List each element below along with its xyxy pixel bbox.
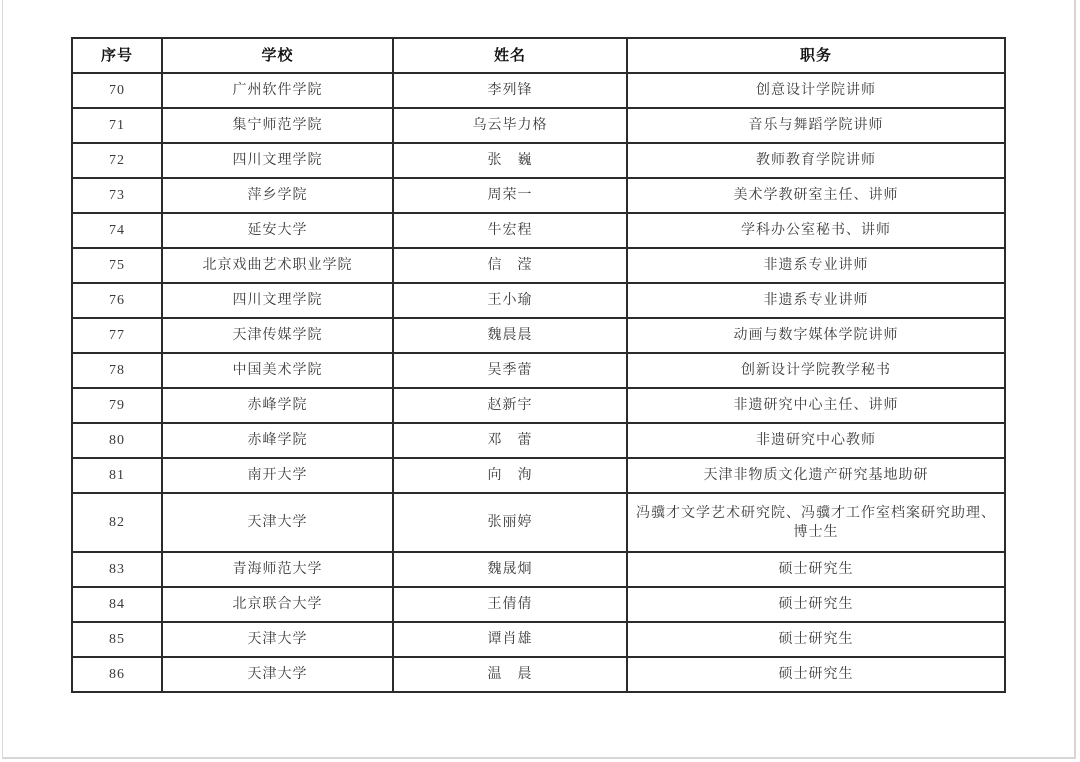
cell-number: 71 bbox=[72, 108, 162, 143]
table-row: 76 四川文理学院 王小瑜 非遗系专业讲师 bbox=[72, 283, 1005, 318]
cell-name: 邓 蕾 bbox=[393, 423, 627, 458]
cell-role: 非遗系专业讲师 bbox=[627, 248, 1005, 283]
cell-school: 北京戏曲艺术职业学院 bbox=[162, 248, 393, 283]
table-row: 72 四川文理学院 张 巍 教师教育学院讲师 bbox=[72, 143, 1005, 178]
cell-name: 温 晨 bbox=[393, 657, 627, 692]
cell-school: 四川文理学院 bbox=[162, 283, 393, 318]
cell-school: 中国美术学院 bbox=[162, 353, 393, 388]
cell-number: 73 bbox=[72, 178, 162, 213]
cell-role: 天津非物质文化遗产研究基地助研 bbox=[627, 458, 1005, 493]
table-row: 74 延安大学 牛宏程 学科办公室秘书、讲师 bbox=[72, 213, 1005, 248]
table-row: 85 天津大学 谭肖雄 硕士研究生 bbox=[72, 622, 1005, 657]
table-row: 80 赤峰学院 邓 蕾 非遗研究中心教师 bbox=[72, 423, 1005, 458]
cell-role: 非遗系专业讲师 bbox=[627, 283, 1005, 318]
cell-name: 乌云毕力格 bbox=[393, 108, 627, 143]
cell-school: 萍乡学院 bbox=[162, 178, 393, 213]
cell-number: 84 bbox=[72, 587, 162, 622]
cell-school: 青海师范大学 bbox=[162, 552, 393, 587]
cell-role: 非遗研究中心主任、讲师 bbox=[627, 388, 1005, 423]
cell-number: 72 bbox=[72, 143, 162, 178]
table-row: 70 广州软件学院 李列锋 创意设计学院讲师 bbox=[72, 73, 1005, 108]
cell-name: 牛宏程 bbox=[393, 213, 627, 248]
cell-school: 天津大学 bbox=[162, 657, 393, 692]
cell-school: 集宁师范学院 bbox=[162, 108, 393, 143]
cell-name: 赵新宇 bbox=[393, 388, 627, 423]
cell-name: 周荣一 bbox=[393, 178, 627, 213]
cell-school: 南开大学 bbox=[162, 458, 393, 493]
cell-number: 85 bbox=[72, 622, 162, 657]
cell-role: 教师教育学院讲师 bbox=[627, 143, 1005, 178]
roster-table: 序号 学校 姓名 职务 70 广州软件学院 李列锋 创意设计学院讲师 71 集宁… bbox=[71, 37, 1006, 693]
cell-role: 硕士研究生 bbox=[627, 552, 1005, 587]
cell-role: 美术学教研室主任、讲师 bbox=[627, 178, 1005, 213]
cell-school: 天津传媒学院 bbox=[162, 318, 393, 353]
cell-role: 创意设计学院讲师 bbox=[627, 73, 1005, 108]
table-row: 73 萍乡学院 周荣一 美术学教研室主任、讲师 bbox=[72, 178, 1005, 213]
cell-name: 张 巍 bbox=[393, 143, 627, 178]
cell-name: 向 洵 bbox=[393, 458, 627, 493]
table-row: 83 青海师范大学 魏晟炯 硕士研究生 bbox=[72, 552, 1005, 587]
table-row: 71 集宁师范学院 乌云毕力格 音乐与舞蹈学院讲师 bbox=[72, 108, 1005, 143]
cell-number: 82 bbox=[72, 493, 162, 552]
cell-school: 延安大学 bbox=[162, 213, 393, 248]
cell-role: 冯骥才文学艺术研究院、冯骥才工作室档案研究助理、博士生 bbox=[627, 493, 1005, 552]
cell-role: 硕士研究生 bbox=[627, 587, 1005, 622]
table-row: 79 赤峰学院 赵新宇 非遗研究中心主任、讲师 bbox=[72, 388, 1005, 423]
table-row: 84 北京联合大学 王倩倩 硕士研究生 bbox=[72, 587, 1005, 622]
cell-school: 天津大学 bbox=[162, 493, 393, 552]
document-page: 序号 学校 姓名 职务 70 广州软件学院 李列锋 创意设计学院讲师 71 集宁… bbox=[2, 0, 1076, 759]
cell-role: 创新设计学院教学秘书 bbox=[627, 353, 1005, 388]
table-header-row: 序号 学校 姓名 职务 bbox=[72, 38, 1005, 73]
cell-role: 硕士研究生 bbox=[627, 657, 1005, 692]
cell-role: 动画与数字媒体学院讲师 bbox=[627, 318, 1005, 353]
cell-name: 王倩倩 bbox=[393, 587, 627, 622]
cell-school: 北京联合大学 bbox=[162, 587, 393, 622]
table-row: 82 天津大学 张丽婷 冯骥才文学艺术研究院、冯骥才工作室档案研究助理、博士生 bbox=[72, 493, 1005, 552]
header-name: 姓名 bbox=[393, 38, 627, 73]
cell-school: 天津大学 bbox=[162, 622, 393, 657]
cell-number: 78 bbox=[72, 353, 162, 388]
header-role: 职务 bbox=[627, 38, 1005, 73]
table-row: 86 天津大学 温 晨 硕士研究生 bbox=[72, 657, 1005, 692]
cell-role: 音乐与舞蹈学院讲师 bbox=[627, 108, 1005, 143]
cell-role: 非遗研究中心教师 bbox=[627, 423, 1005, 458]
cell-school: 广州软件学院 bbox=[162, 73, 393, 108]
cell-number: 86 bbox=[72, 657, 162, 692]
cell-role: 硕士研究生 bbox=[627, 622, 1005, 657]
header-school: 学校 bbox=[162, 38, 393, 73]
cell-name: 谭肖雄 bbox=[393, 622, 627, 657]
table-row: 75 北京戏曲艺术职业学院 信 滢 非遗系专业讲师 bbox=[72, 248, 1005, 283]
cell-name: 魏晨晨 bbox=[393, 318, 627, 353]
cell-number: 70 bbox=[72, 73, 162, 108]
cell-number: 76 bbox=[72, 283, 162, 318]
cell-number: 79 bbox=[72, 388, 162, 423]
cell-name: 张丽婷 bbox=[393, 493, 627, 552]
cell-name: 李列锋 bbox=[393, 73, 627, 108]
cell-number: 80 bbox=[72, 423, 162, 458]
table-row: 77 天津传媒学院 魏晨晨 动画与数字媒体学院讲师 bbox=[72, 318, 1005, 353]
cell-school: 赤峰学院 bbox=[162, 423, 393, 458]
cell-number: 83 bbox=[72, 552, 162, 587]
cell-school: 赤峰学院 bbox=[162, 388, 393, 423]
cell-name: 吴季蕾 bbox=[393, 353, 627, 388]
cell-name: 王小瑜 bbox=[393, 283, 627, 318]
cell-school: 四川文理学院 bbox=[162, 143, 393, 178]
cell-role: 学科办公室秘书、讲师 bbox=[627, 213, 1005, 248]
cell-number: 75 bbox=[72, 248, 162, 283]
cell-name: 魏晟炯 bbox=[393, 552, 627, 587]
cell-name: 信 滢 bbox=[393, 248, 627, 283]
cell-number: 77 bbox=[72, 318, 162, 353]
header-number: 序号 bbox=[72, 38, 162, 73]
table-row: 78 中国美术学院 吴季蕾 创新设计学院教学秘书 bbox=[72, 353, 1005, 388]
cell-number: 81 bbox=[72, 458, 162, 493]
cell-number: 74 bbox=[72, 213, 162, 248]
table-row: 81 南开大学 向 洵 天津非物质文化遗产研究基地助研 bbox=[72, 458, 1005, 493]
